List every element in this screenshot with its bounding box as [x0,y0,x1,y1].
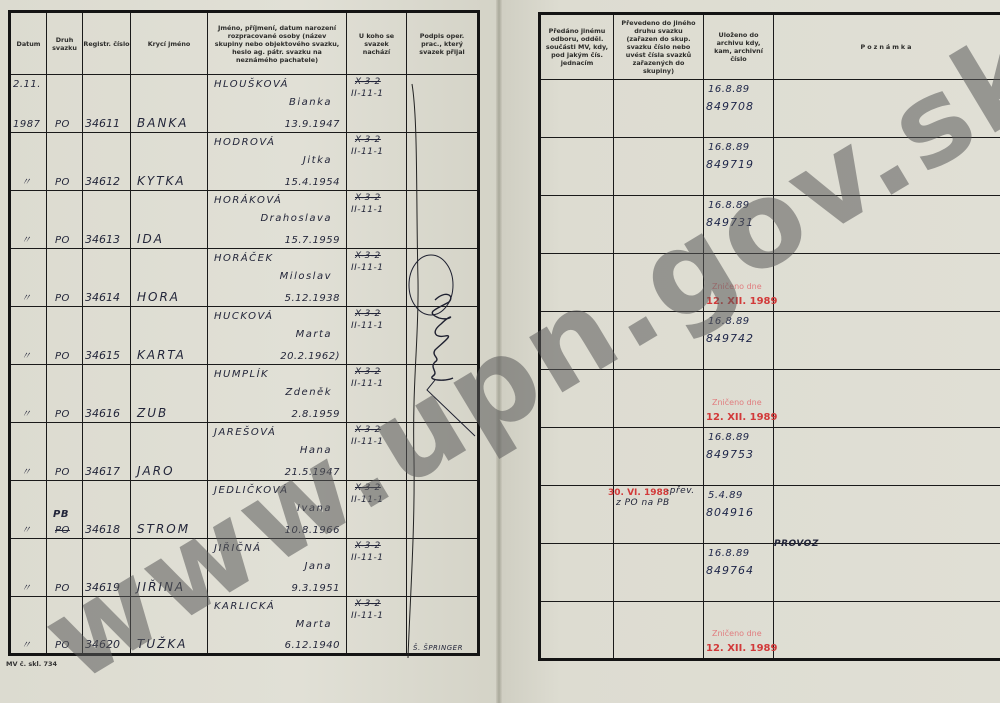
cell-poznamka [774,428,1000,486]
podpis-value: Š. ŠPRINGER [413,644,463,652]
ukoho-struck: X-3-2 [355,135,381,145]
cell-ulozeno: 16.8.89849764 [704,544,774,602]
cell-druh: PO [47,249,83,307]
cell-registr: 34618 [83,481,131,539]
cell-ukoho: X-3-2II-11-1 [347,481,407,539]
registr-value: 34615 [85,349,120,362]
datum-value: 〃 [21,463,32,478]
header-predano: Předáno jinému odboru, odděl. součásti M… [540,14,614,80]
destroyed-stamp-date: 12. XII. 1989 [706,296,777,307]
cell-prevedeno [614,196,704,254]
cell-prevedeno [614,254,704,312]
ukoho-value: II-11-1 [351,611,383,621]
kryci-value: HORA [137,290,180,304]
cell-podpis [407,75,479,133]
datum-value: 〃 [21,579,32,594]
cell-jmeno: HUCKOVÁMarta20.2.1962) [208,307,347,365]
cell-prevedeno [614,370,704,428]
surname: HUCKOVÁ [214,311,273,322]
druh-value: PO [55,640,70,651]
cell-podpis [407,191,479,249]
cell-kryci: IDA [131,191,208,249]
destroyed-stamp-label: Zničeno dne [712,282,762,291]
ukoho-struck: X-3-2 [355,251,381,261]
table-row: 〃PO34613IDAHORÁKOVÁDrahoslava15.7.1959X-… [10,191,479,249]
cell-ulozeno: 16.8.89849742 [704,312,774,370]
archive-number: 849719 [706,158,754,171]
ukoho-struck: X-3-2 [355,309,381,319]
table-row: 16.8.89849708 [540,80,1000,138]
cell-datum: 〃 [10,307,47,365]
header-druh: Druh svazku [47,12,83,75]
kryci-value: TUŽKA [137,637,187,651]
date-of-birth: 2.8.1959 [291,409,340,420]
transfer-note: -přev. [666,486,695,496]
cell-ukoho: X-3-2II-11-1 [347,191,407,249]
table-row: Zničeno dne12. XII. 1989 [540,370,1000,428]
cell-jmeno: HLOUŠKOVÁBianka13.9.1947 [208,75,347,133]
druh-value: PO [55,351,70,362]
datum-value: 〃 [21,405,32,420]
cell-jmeno: HUMPLÍKZdeněk2.8.1959 [208,365,347,423]
cell-kryci: KARTA [131,307,208,365]
cell-predano [540,370,614,428]
druh-value: PO [55,293,70,304]
cell-registr: 34611 [83,75,131,133]
druh-value: PO [55,119,70,130]
surname: HUMPLÍK [214,369,269,380]
register-table-right: Předáno jinému odboru, odděl. součásti M… [538,12,1000,661]
datum-value: 〃 [21,289,32,304]
cell-datum: 〃 [10,191,47,249]
kryci-value: KARTA [137,348,186,362]
date-of-birth: 21.5.1947 [285,467,340,478]
archive-number: 849764 [706,564,754,577]
cell-predano [540,544,614,602]
datum-top: 2.11. [13,79,41,90]
cell-podpis [407,249,479,307]
cell-ulozeno: 16.8.89849753 [704,428,774,486]
cell-poznamka [774,602,1000,660]
cell-predano [540,428,614,486]
cell-prevedeno [614,544,704,602]
ukoho-struck: X-3-2 [355,77,381,87]
table-row: 16.8.89849742 [540,312,1000,370]
cell-podpis [407,539,479,597]
table-row: 〃PO34620TUŽKAKARLICKÁMarta6.12.1940X-3-2… [10,597,479,655]
ukoho-value: II-11-1 [351,379,383,389]
cell-kryci: TUŽKA [131,597,208,655]
druh-value: PO [55,525,70,536]
cell-prevedeno [614,80,704,138]
datum-value: 〃 [21,521,32,536]
cell-predano [540,80,614,138]
firstname: Zdeněk [285,387,332,398]
table-row: 16.8.89849764 [540,544,1000,602]
ukoho-value: II-11-1 [351,263,383,273]
cell-ukoho: X-3-2II-11-1 [347,539,407,597]
cell-kryci: KYTKA [131,133,208,191]
date-of-birth: 10.8.1966 [285,525,340,536]
cell-podpis [407,133,479,191]
cell-jmeno: JIŘIČNÁJana9.3.1951 [208,539,347,597]
druh-value: PO [55,235,70,246]
cell-ukoho: X-3-2II-11-1 [347,307,407,365]
cell-poznamka: PROVOZ [774,486,1000,544]
cell-datum: 〃 [10,423,47,481]
cell-kryci: JARO [131,423,208,481]
kryci-value: JARO [137,464,175,478]
archive-number: 849742 [706,332,754,345]
cell-poznamka [774,80,1000,138]
cell-kryci: STROM [131,481,208,539]
cell-jmeno: KARLICKÁMarta6.12.1940 [208,597,347,655]
surname: HORÁKOVÁ [214,195,282,206]
druh-corrected: PB [53,509,69,520]
ukoho-struck: X-3-2 [355,599,381,609]
cell-ukoho: X-3-2II-11-1 [347,75,407,133]
ukoho-value: II-11-1 [351,495,383,505]
kryci-value: STROM [137,522,190,536]
cell-poznamka [774,544,1000,602]
cell-poznamka [774,196,1000,254]
cell-ulozeno: 5.4.89804916 [704,486,774,544]
surname: JIŘIČNÁ [214,543,262,554]
cell-registr: 34620 [83,597,131,655]
cell-druh: PO [47,307,83,365]
ukoho-value: II-11-1 [351,321,383,331]
cell-podpis [407,481,479,539]
cell-registr: 34617 [83,423,131,481]
cell-poznamka [774,254,1000,312]
cell-ulozeno: 16.8.89849708 [704,80,774,138]
archive-number: 849708 [706,100,754,113]
header-row: Předáno jinému odboru, odděl. součásti M… [540,14,1000,80]
cell-registr: 34615 [83,307,131,365]
cell-ulozeno: Zničeno dne12. XII. 1989 [704,370,774,428]
cell-predano [540,196,614,254]
datum-value: 1987 [13,119,40,130]
surname: HODROVÁ [214,137,275,148]
druh-value: PO [55,467,70,478]
header-jmeno: Jméno, příjmení, datum narození rozpraco… [208,12,347,75]
date-of-birth: 9.3.1951 [291,583,340,594]
cell-prevedeno [614,138,704,196]
table-row: 〃PO34617JAROJAREŠOVÁHana21.5.1947X-3-2II… [10,423,479,481]
cell-datum: 〃 [10,539,47,597]
header-ukoho: U koho se svazek nachází [347,12,407,75]
ukoho-value: II-11-1 [351,437,383,447]
firstname: Jitka [303,155,332,166]
cell-ukoho: X-3-2II-11-1 [347,597,407,655]
cell-druh: PO [47,191,83,249]
cell-ulozeno: Zničeno dne12. XII. 1989 [704,602,774,660]
cell-druh: PBPO [47,481,83,539]
ukoho-struck: X-3-2 [355,193,381,203]
table-row: 2.11.1987PO34611BANKAHLOUŠKOVÁBianka13.9… [10,75,479,133]
header-row: Datum Druh svazku Registr. číslo Krycí j… [10,12,479,75]
kryci-value: JIŘINA [137,580,185,594]
firstname: Bianka [289,97,332,108]
header-podpis: Podpis oper. prac., který svazek přijal [407,12,479,75]
datum-value: 〃 [21,636,32,651]
firstname: Jana [304,561,332,572]
cell-prevedeno [614,312,704,370]
date-of-birth: 20.2.1962) [280,351,340,362]
cell-druh: PO [47,365,83,423]
cell-jmeno: JEDLIČKOVÁIvana10.8.1966 [208,481,347,539]
table-row: 〃PO34615KARTAHUCKOVÁMarta20.2.1962)X-3-2… [10,307,479,365]
archive-number: 849731 [706,216,754,229]
date-of-birth: 6.12.1940 [285,640,340,651]
kryci-value: ZUB [137,406,168,420]
ukoho-value: II-11-1 [351,89,383,99]
cell-ulozeno: 16.8.89849719 [704,138,774,196]
cell-druh: PO [47,75,83,133]
surname: JAREŠOVÁ [214,427,276,438]
table-row: Zničeno dne12. XII. 1989 [540,602,1000,660]
cell-jmeno: HORÁČEKMiloslav5.12.1938 [208,249,347,307]
destroyed-stamp-label: Zničeno dne [712,629,762,638]
date-of-birth: 5.12.1938 [285,293,340,304]
table-row: 〃PO34614HORAHORÁČEKMiloslav5.12.1938X-3-… [10,249,479,307]
registr-value: 34611 [85,117,120,130]
table-row: 〃PO34612KYTKAHODROVÁJitka15.4.1954X-3-2I… [10,133,479,191]
cell-druh: PO [47,423,83,481]
archive-date: 5.4.89 [708,490,743,501]
ukoho-struck: X-3-2 [355,367,381,377]
book-spine [496,0,502,703]
cell-podpis [407,307,479,365]
cell-prevedeno [614,602,704,660]
ukoho-value: II-11-1 [351,147,383,157]
table-row: 16.8.89849753 [540,428,1000,486]
surname: HLOUŠKOVÁ [214,79,289,90]
cell-kryci: ZUB [131,365,208,423]
cell-poznamka [774,312,1000,370]
cell-ukoho: X-3-2II-11-1 [347,423,407,481]
firstname: Ivana [297,503,332,514]
kryci-value: BANKA [137,116,189,130]
druh-value: PO [55,409,70,420]
header-ulozeno: Uloženo do archivu kdy, kam, archivní čí… [704,14,774,80]
cell-poznamka [774,370,1000,428]
table-row: 〃PBPO34618STROMJEDLIČKOVÁIvana10.8.1966X… [10,481,479,539]
registr-value: 34620 [85,638,120,651]
registr-value: 34612 [85,175,120,188]
cell-ulozeno: Zničeno dne12. XII. 1989 [704,254,774,312]
archive-date: 16.8.89 [708,200,750,211]
date-of-birth: 13.9.1947 [285,119,340,130]
ukoho-struck: X-3-2 [355,483,381,493]
cell-registr: 34619 [83,539,131,597]
archive-number: 804916 [706,506,754,519]
cell-ukoho: X-3-2II-11-1 [347,133,407,191]
cell-registr: 34613 [83,191,131,249]
header-prevedeno: Převedeno do jiného druhu svazku (zařaze… [614,14,704,80]
cell-kryci: HORA [131,249,208,307]
archive-date: 16.8.89 [708,84,750,95]
registr-value: 34616 [85,407,120,420]
registr-value: 34613 [85,233,120,246]
date-of-birth: 15.7.1959 [285,235,340,246]
cell-datum: 〃 [10,133,47,191]
cell-druh: PO [47,539,83,597]
cell-podpis [407,365,479,423]
ukoho-struck: X-3-2 [355,541,381,551]
registr-value: 34618 [85,523,120,536]
ukoho-value: II-11-1 [351,553,383,563]
cell-ulozeno: 16.8.89849731 [704,196,774,254]
ukoho-value: II-11-1 [351,205,383,215]
druh-value: PO [55,177,70,188]
firstname: Marta [296,329,332,340]
cell-datum: 〃 [10,249,47,307]
cell-ukoho: X-3-2II-11-1 [347,249,407,307]
header-kryci: Krycí jméno [131,12,208,75]
cell-druh: PO [47,133,83,191]
header-datum: Datum [10,12,47,75]
datum-value: 〃 [21,231,32,246]
destroyed-stamp-date: 12. XII. 1989 [706,412,777,423]
surname: KARLICKÁ [214,601,275,612]
cell-registr: 34616 [83,365,131,423]
archive-date: 16.8.89 [708,316,750,327]
destroyed-stamp-label: Zničeno dne [712,398,762,407]
cell-podpis [407,423,479,481]
table-row: 16.8.89849719 [540,138,1000,196]
cell-predano [540,602,614,660]
archive-date: 16.8.89 [708,142,750,153]
transfer-stamp: 30. VI. 1988 [608,488,669,498]
cell-datum: 〃 [10,597,47,655]
datum-value: 〃 [21,347,32,362]
cell-predano [540,486,614,544]
archive-number: 849753 [706,448,754,461]
cell-registr: 34612 [83,133,131,191]
kryci-value: KYTKA [137,174,186,188]
firstname: Hana [300,445,332,456]
surname: JEDLIČKOVÁ [214,485,289,496]
header-poznamka: Poznámka [774,14,1000,80]
cell-predano [540,138,614,196]
datum-value: 〃 [21,173,32,188]
cell-predano [540,254,614,312]
firstname: Miloslav [280,271,332,282]
cell-prevedeno: 30. VI. 1988-přev.z PO na PB [614,486,704,544]
archive-date: 16.8.89 [708,432,750,443]
cell-predano [540,312,614,370]
register-table-left: Datum Druh svazku Registr. číslo Krycí j… [8,10,480,656]
cell-jmeno: HORÁKOVÁDrahoslava15.7.1959 [208,191,347,249]
transfer-note-2: z PO na PB [616,498,670,508]
cell-druh: PO [47,597,83,655]
cell-podpis: Š. ŠPRINGER [407,597,479,655]
surname: HORÁČEK [214,253,274,264]
header-registr: Registr. číslo [83,12,131,75]
registr-value: 34617 [85,465,120,478]
cell-ukoho: X-3-2II-11-1 [347,365,407,423]
table-row: 〃PO34616ZUBHUMPLÍKZdeněk2.8.1959X-3-2II-… [10,365,479,423]
date-of-birth: 15.4.1954 [285,177,340,188]
archive-date: 16.8.89 [708,548,750,559]
cell-prevedeno [614,428,704,486]
cell-datum: 〃 [10,365,47,423]
registr-value: 34619 [85,581,120,594]
cell-jmeno: HODROVÁJitka15.4.1954 [208,133,347,191]
cell-jmeno: JAREŠOVÁHana21.5.1947 [208,423,347,481]
table-row: Zničeno dne12. XII. 1989 [540,254,1000,312]
firstname: Drahoslava [260,213,332,224]
registr-value: 34614 [85,291,120,304]
cell-datum: 〃 [10,481,47,539]
table-row: 16.8.89849731 [540,196,1000,254]
druh-value: PO [55,583,70,594]
kryci-value: IDA [137,232,164,246]
cell-registr: 34614 [83,249,131,307]
table-row: 〃PO34619JIŘINAJIŘIČNÁJana9.3.1951X-3-2II… [10,539,479,597]
cell-datum: 2.11.1987 [10,75,47,133]
form-number: MV č. skl. 734 [6,660,57,668]
cell-kryci: BANKA [131,75,208,133]
destroyed-stamp-date: 12. XII. 1989 [706,643,777,654]
cell-poznamka [774,138,1000,196]
ukoho-struck: X-3-2 [355,425,381,435]
cell-kryci: JIŘINA [131,539,208,597]
table-row: 30. VI. 1988-přev.z PO na PB5.4.89804916… [540,486,1000,544]
firstname: Marta [296,619,332,630]
